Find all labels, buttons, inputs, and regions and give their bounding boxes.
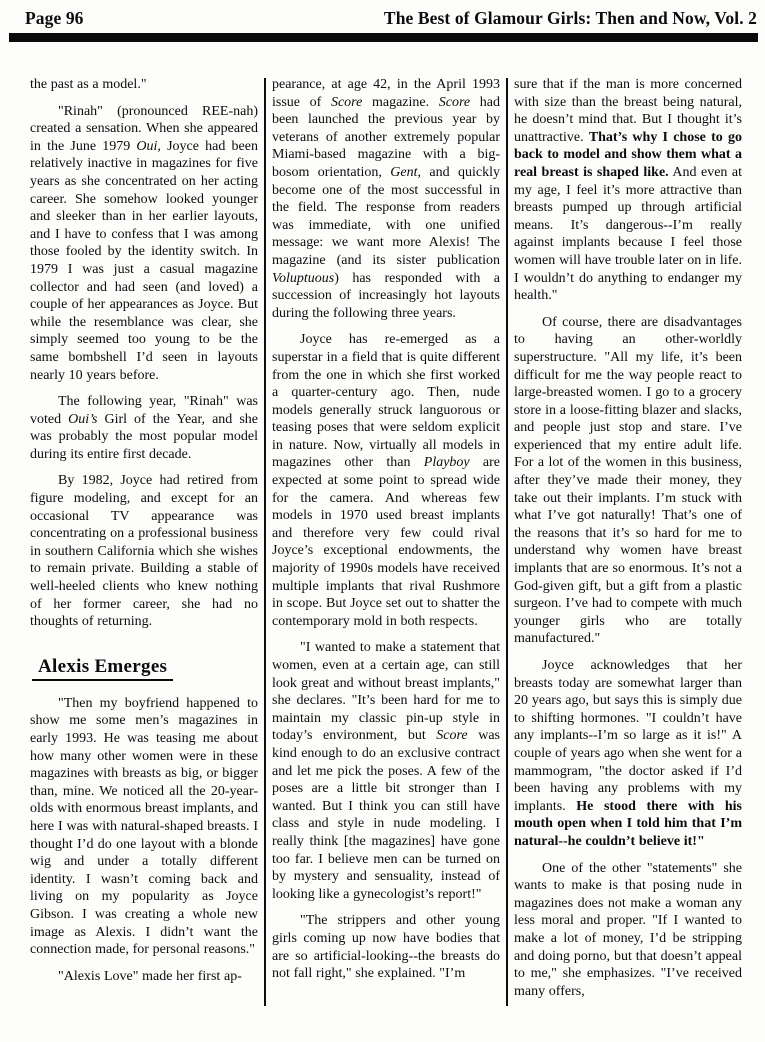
column-2: pearance, at age 42, in the April 1993 i… xyxy=(272,76,500,1034)
text-run: Joyce acknowledges that her breasts toda… xyxy=(514,658,742,814)
paragraph: "Alexis Love" made her first ap- xyxy=(30,968,258,986)
paragraph: "Rinah" (pronounced REE-nah) created a s… xyxy=(30,103,258,385)
book-page: Page 96 The Best of Glamour Girls: Then … xyxy=(0,0,765,1042)
book-title: The Best of Glamour Girls: Then and Now,… xyxy=(384,8,757,29)
text-run: are expected at some point to spread wid… xyxy=(272,455,500,628)
italic-run: Score xyxy=(439,95,470,110)
paragraph: Of course, there are disadvantages to ha… xyxy=(514,314,742,648)
paragraph: One of the other "statements" she wants … xyxy=(514,860,742,1001)
text-run: One of the other "statements" she wants … xyxy=(514,861,742,999)
paragraph: sure that if the man is more concerned w… xyxy=(514,76,742,305)
text-run: "Then my boyfriend happened to show me s… xyxy=(30,696,258,957)
italic-run: Voluptuous xyxy=(272,271,334,286)
running-header: Page 96 The Best of Glamour Girls: Then … xyxy=(25,8,757,29)
paragraph: "Then my boyfriend happened to show me s… xyxy=(30,695,258,959)
italic-run: Oui’s xyxy=(68,412,97,427)
text-run: Of course, there are disadvantages to ha… xyxy=(514,315,742,647)
paragraph: the past as a model." xyxy=(30,76,258,94)
text-run: "The strippers and other young girls com… xyxy=(272,913,500,981)
italic-run: Oui xyxy=(136,139,157,154)
column-divider xyxy=(264,78,266,1006)
column-divider xyxy=(506,78,508,1006)
column-1: the past as a model.""Rinah" (pronounced… xyxy=(30,76,258,1034)
italic-run: Score xyxy=(436,728,467,743)
text-run: , and quickly become one of the most suc… xyxy=(272,165,500,268)
text-run: And even at my age, I feel it’s more att… xyxy=(514,165,742,303)
header-rule xyxy=(9,33,758,42)
text-run: magazine. xyxy=(362,95,438,110)
paragraph: "I wanted to make a statement that women… xyxy=(272,639,500,903)
page-number-label: Page 96 xyxy=(25,8,84,29)
paragraph: By 1982, Joyce had retired from figure m… xyxy=(30,472,258,630)
paragraph: pearance, at age 42, in the April 1993 i… xyxy=(272,76,500,322)
italic-run: Playboy xyxy=(424,455,470,470)
italic-run: Score xyxy=(331,95,362,110)
text-columns: the past as a model.""Rinah" (pronounced… xyxy=(30,76,742,1034)
text-run: Joyce has re-emerged as a superstar in a… xyxy=(272,332,500,470)
paragraph: Joyce has re-emerged as a superstar in a… xyxy=(272,331,500,630)
text-run: was kind enough to do an exclusive contr… xyxy=(272,728,500,901)
text-run: the past as a model." xyxy=(30,77,147,92)
column-3: sure that if the man is more concerned w… xyxy=(514,76,742,1034)
italic-run: Gent xyxy=(390,165,417,180)
paragraph: "The strippers and other young girls com… xyxy=(272,912,500,982)
text-run: By 1982, Joyce had retired from figure m… xyxy=(30,473,258,629)
section-heading: Alexis Emerges xyxy=(32,656,173,681)
paragraph: Joyce acknowledges that her breasts toda… xyxy=(514,657,742,851)
paragraph: The following year, "Rinah" was voted Ou… xyxy=(30,393,258,463)
text-run: "Alexis Love" made her first ap- xyxy=(58,969,242,984)
text-run: , Joyce had been relatively inactive in … xyxy=(30,139,258,383)
